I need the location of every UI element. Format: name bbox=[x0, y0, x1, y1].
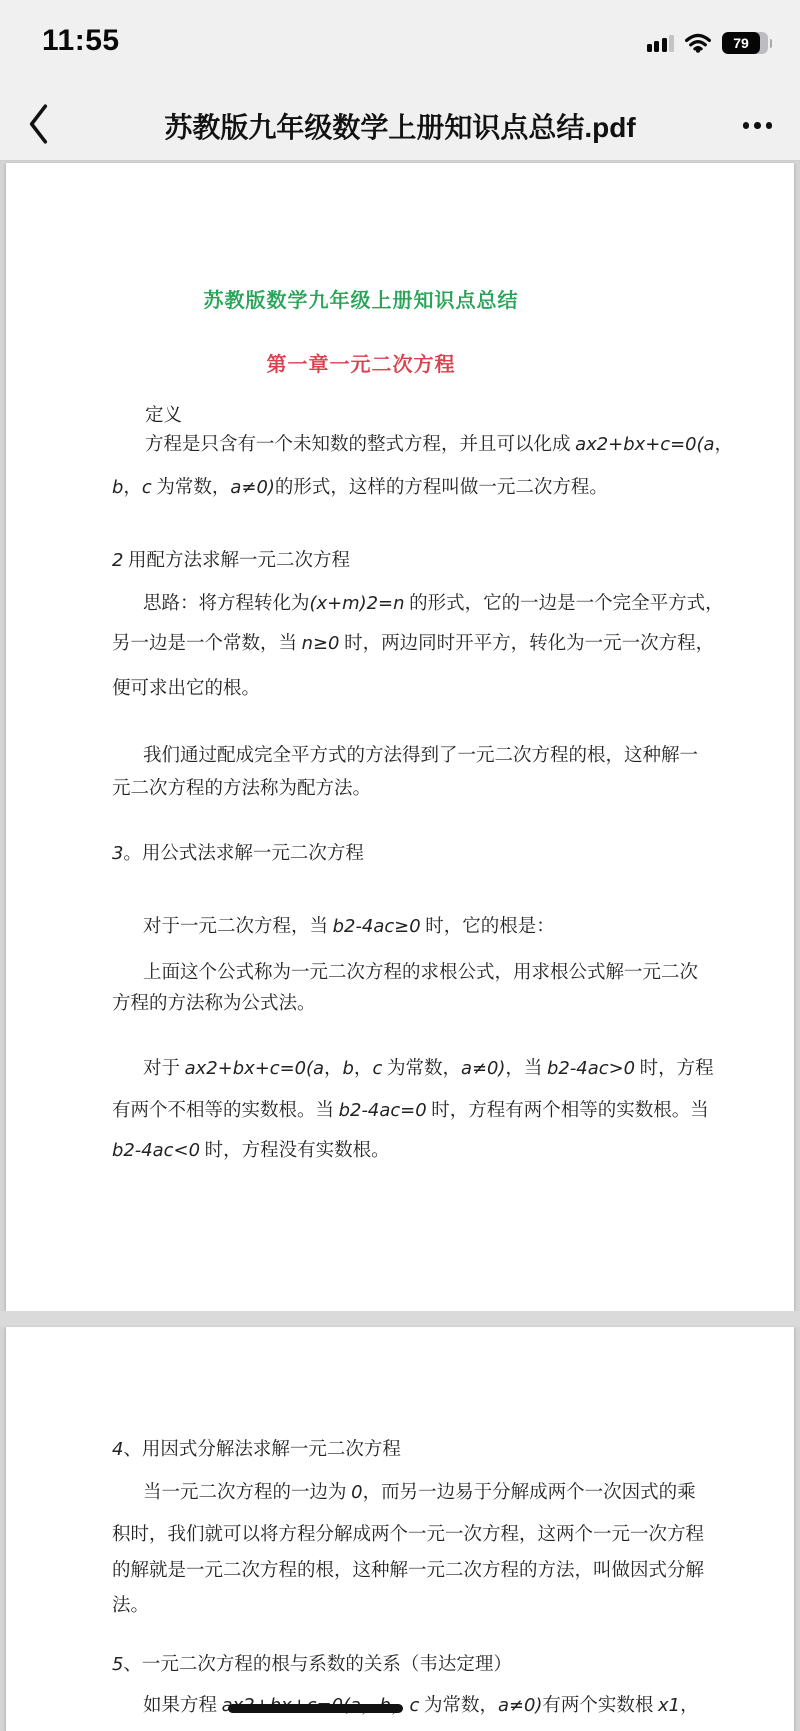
doc-line: 对于一元二次方程，当 b2-4ac≥0 时，它的根是： bbox=[143, 914, 555, 940]
back-button[interactable] bbox=[26, 103, 52, 145]
doc-line: 方程的方法称为公式法。 bbox=[112, 991, 316, 1017]
black-ink-annotation bbox=[228, 1704, 403, 1713]
cellular-signal-icon bbox=[647, 34, 675, 52]
doc-line: 有两个不相等的实数根。当 b2-4ac=0 时，方程有两个相等的实数根。当 bbox=[112, 1098, 709, 1124]
doc-line: 上面这个公式称为一元二次方程的求根公式，用求根公式解一元二次 bbox=[143, 960, 698, 986]
status-time: 11:55 bbox=[42, 24, 120, 58]
nav-bar: 苏教版九年级数学上册知识点总结.pdf bbox=[0, 88, 800, 161]
doc-line: 4、用因式分解法求解一元二次方程 bbox=[112, 1437, 401, 1463]
battery-icon: 79 bbox=[722, 32, 772, 54]
doc-line: 元二次方程的方法称为配方法。 bbox=[112, 776, 371, 802]
doc-line: 3。用公式法求解一元二次方程 bbox=[112, 841, 364, 867]
doc-line: 思路：将方程转化为(x+m)2=n 的形式，它的一边是一个完全平方式， bbox=[143, 591, 724, 617]
doc-line: 2 用配方法求解一元二次方程 bbox=[112, 548, 350, 574]
status-icons: 79 bbox=[647, 30, 773, 56]
document-title: 苏教版九年级数学上册知识点总结.pdf bbox=[80, 106, 720, 146]
doc-line: 方程是只含有一个未知数的整式方程，并且可以化成 ax2+bx+c=0(a， bbox=[145, 432, 733, 458]
doc-line: 5、一元二次方程的根与系数的关系（韦达定理） bbox=[112, 1652, 512, 1678]
pdf-viewer-screen: 11:55 79 苏教版九年级数学上册知识点总结.pdf bbox=[0, 0, 800, 1731]
doc-main-title: 苏教版数学九年级上册知识点总结 bbox=[6, 288, 716, 314]
doc-line: 的解就是一元二次方程的根，这种解一元二次方程的方法，叫做因式分解 bbox=[112, 1558, 704, 1584]
pdf-scroll-area[interactable]: 苏教版数学九年级上册知识点总结第一章一元二次方程定义方程是只含有一个未知数的整式… bbox=[0, 161, 800, 1731]
doc-line: 如果方程 ax2+bx+c=0(a，b，c 为常数，a≠0)有两个实数根 x1， bbox=[143, 1693, 699, 1719]
doc-line: 当一元二次方程的一边为 0，而另一边易于分解成两个一次因式的乘 bbox=[143, 1480, 696, 1506]
doc-line: b2-4ac<0 时，方程没有实数根。 bbox=[112, 1138, 390, 1164]
doc-line: 我们通过配成完全平方式的方法得到了一元二次方程的根，这种解一 bbox=[143, 743, 698, 769]
doc-line: 对于 ax2+bx+c=0(a，b，c 为常数，a≠0)，当 b2-4ac>0 … bbox=[143, 1056, 714, 1082]
doc-line: 便可求出它的根。 bbox=[112, 676, 260, 702]
doc-line: 另一边是一个常数，当 n≥0 时，两边同时开平方，转化为一元一次方程， bbox=[112, 631, 714, 657]
more-options-button[interactable] bbox=[741, 116, 775, 135]
doc-chapter-title: 第一章一元二次方程 bbox=[6, 352, 716, 378]
wifi-icon bbox=[685, 33, 711, 53]
doc-line: 定义 bbox=[145, 403, 182, 429]
battery-percent: 79 bbox=[733, 35, 749, 51]
status-bar: 11:55 79 bbox=[0, 0, 800, 88]
doc-line: 法。 bbox=[112, 1593, 149, 1619]
document-lines-layer: 苏教版数学九年级上册知识点总结第一章一元二次方程定义方程是只含有一个未知数的整式… bbox=[0, 161, 800, 1731]
doc-line: 积时，我们就可以将方程分解成两个一元一次方程，这两个一元一次方程 bbox=[112, 1522, 704, 1548]
doc-line: b，c 为常数，a≠0)的形式，这样的方程叫做一元二次方程。 bbox=[112, 475, 608, 501]
